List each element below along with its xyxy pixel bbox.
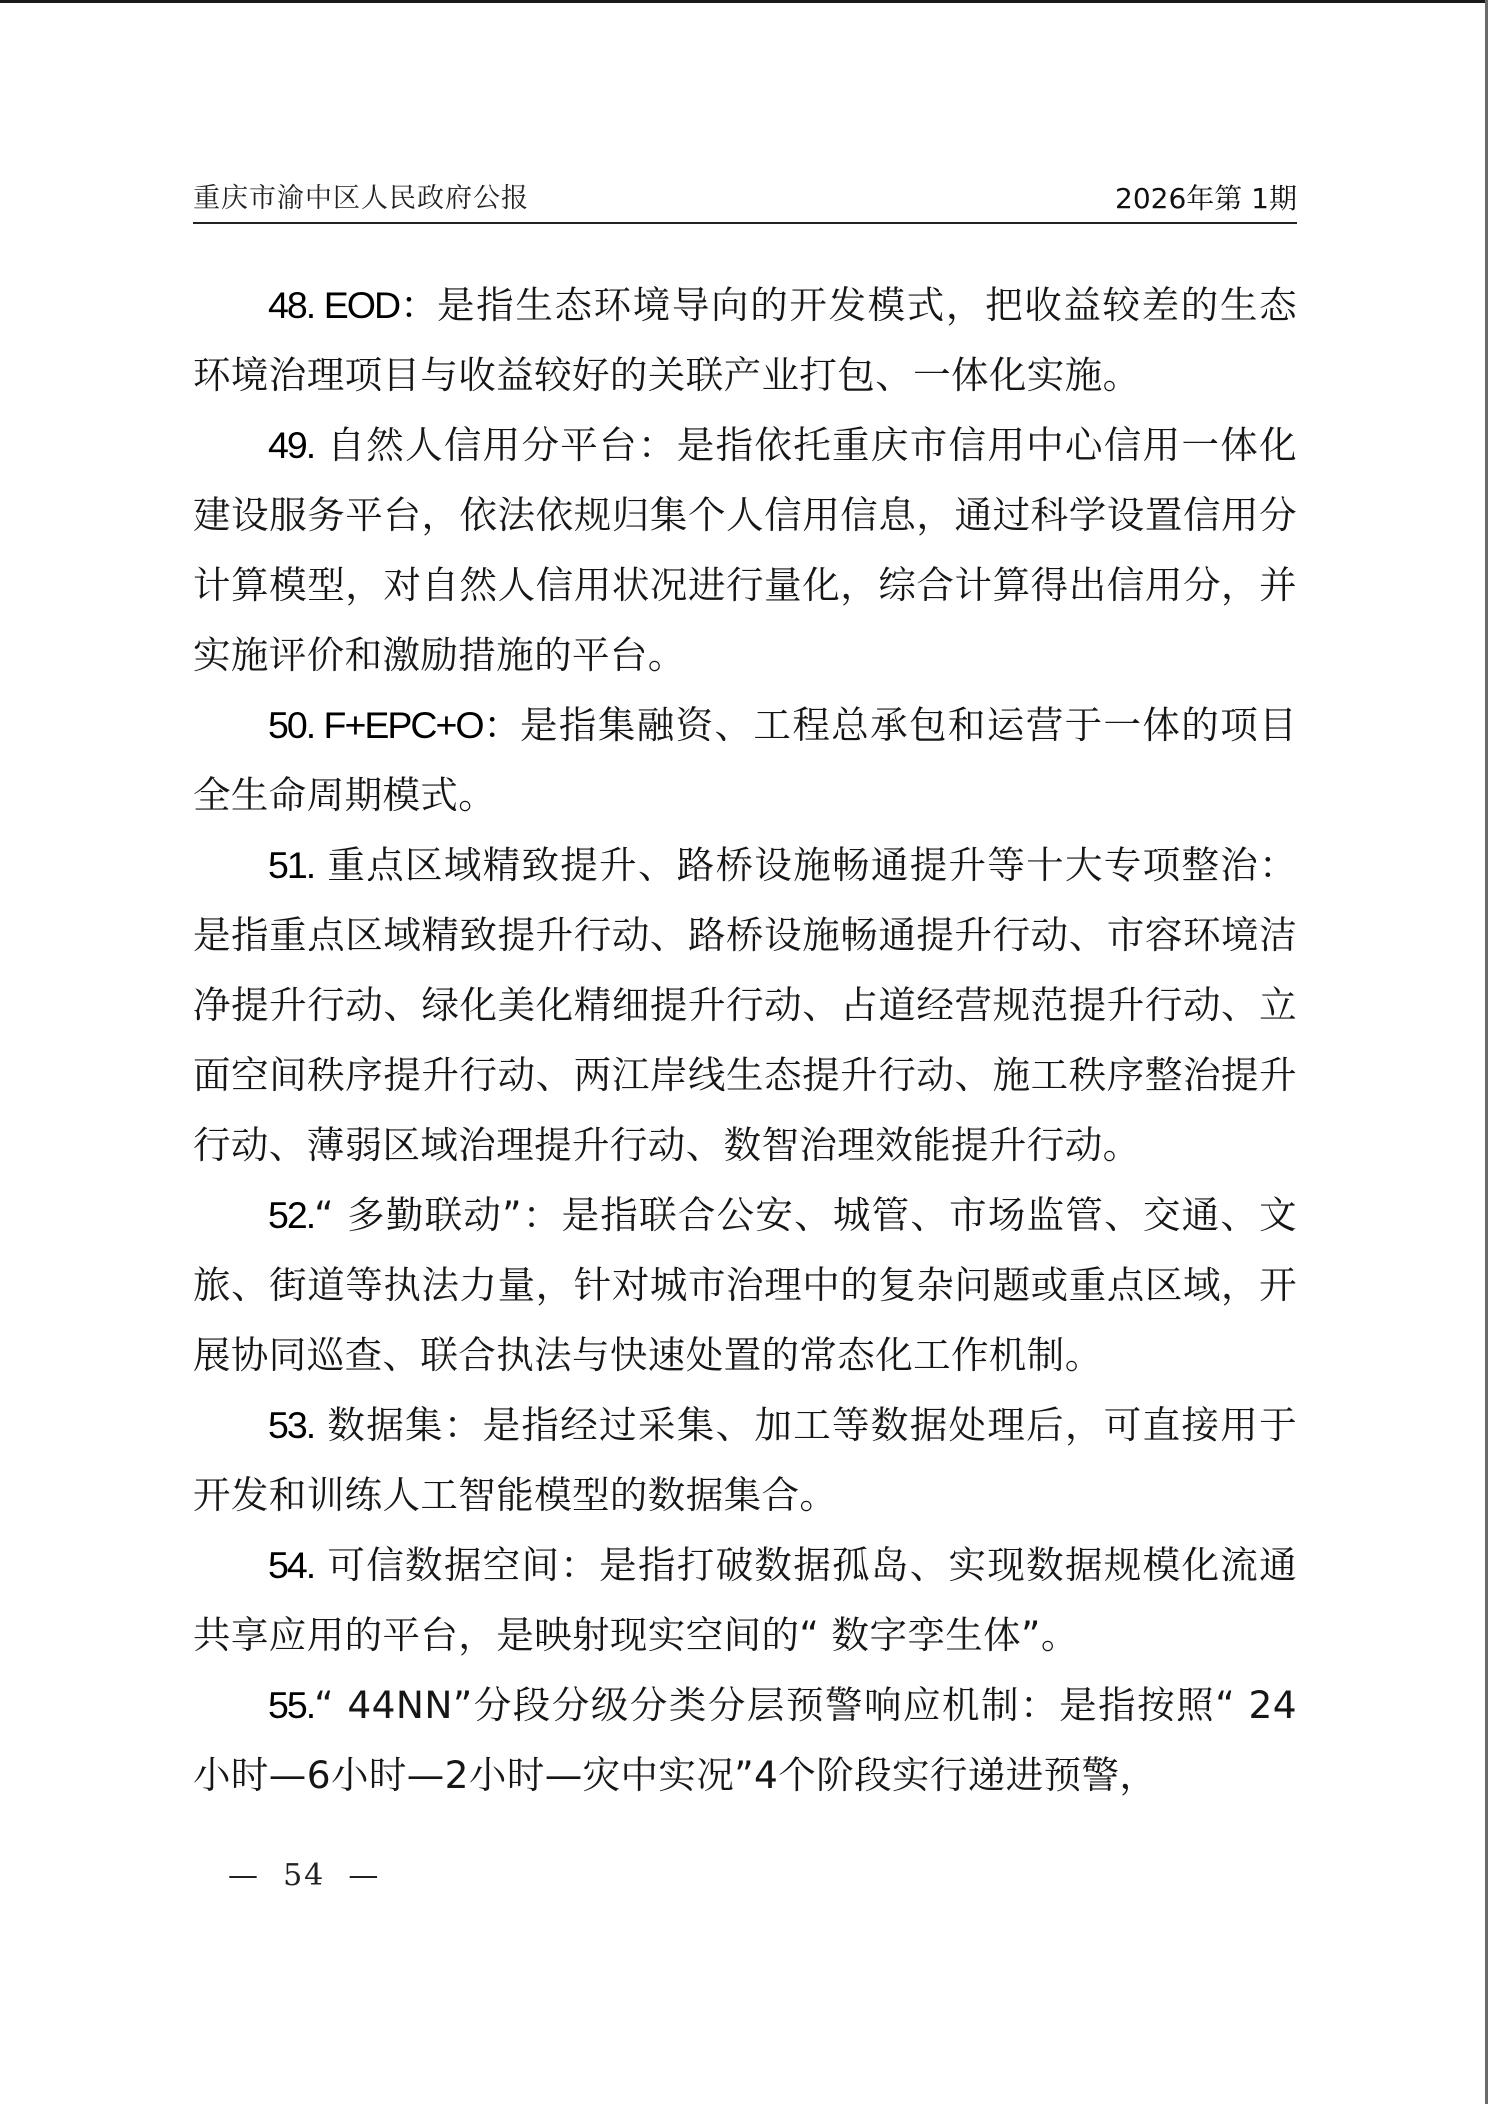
- issue-label: 2026年第 1期: [1115, 182, 1297, 216]
- entry-text: 自然人信用分平台：是指依托重庆市信用中心信用一体化建设服务平台，依法依规归集个人…: [193, 423, 1297, 677]
- page-top-border: [0, 0, 1488, 3]
- glossary-entry-48: 48. EOD：是指生态环境导向的开发模式，把收益较差的生态环境治理项目与收益较…: [193, 270, 1297, 410]
- page-number: — 54 —: [228, 1858, 380, 1893]
- entry-number: 50. F+EPC+O：: [268, 704, 520, 746]
- running-header: 重庆市渝中区人民政府公报 2026年第 1期: [193, 176, 1297, 224]
- entry-number: 52.: [268, 1194, 314, 1236]
- glossary-entry-51: 51. 重点区域精致提升、路桥设施畅通提升等十大专项整治：是指重点区域精致提升行…: [193, 830, 1297, 1180]
- entry-number: 54.: [268, 1544, 314, 1586]
- entry-text: “ 44NN”分段分级分类分层预警响应机制：是指按照“ 24小时—6小时—2小时…: [193, 1683, 1297, 1797]
- entry-text: 可信数据空间：是指打破数据孤岛、实现数据规模化流通共享应用的平台，是映射现实空间…: [193, 1543, 1297, 1657]
- glossary-body: 48. EOD：是指生态环境导向的开发模式，把收益较差的生态环境治理项目与收益较…: [193, 270, 1297, 1810]
- entry-number: 49.: [268, 424, 314, 466]
- entry-number: 48. EOD：: [268, 284, 437, 326]
- glossary-entry-55: 55.“ 44NN”分段分级分类分层预警响应机制：是指按照“ 24小时—6小时—…: [193, 1670, 1297, 1810]
- glossary-entry-49: 49. 自然人信用分平台：是指依托重庆市信用中心信用一体化建设服务平台，依法依规…: [193, 410, 1297, 690]
- entry-number: 51.: [268, 844, 314, 886]
- entry-text: 数据集：是指经过采集、加工等数据处理后，可直接用于开发和训练人工智能模型的数据集…: [193, 1403, 1297, 1517]
- glossary-entry-50: 50. F+EPC+O：是指集融资、工程总承包和运营于一体的项目全生命周期模式。: [193, 690, 1297, 830]
- glossary-entry-53: 53. 数据集：是指经过采集、加工等数据处理后，可直接用于开发和训练人工智能模型…: [193, 1390, 1297, 1530]
- glossary-entry-54: 54. 可信数据空间：是指打破数据孤岛、实现数据规模化流通共享应用的平台，是映射…: [193, 1530, 1297, 1670]
- publication-title: 重庆市渝中区人民政府公报: [193, 182, 529, 216]
- entry-text: 重点区域精致提升、路桥设施畅通提升等十大专项整治：是指重点区域精致提升行动、路桥…: [193, 843, 1297, 1167]
- entry-number: 53.: [268, 1404, 314, 1446]
- entry-text: “ 多勤联动”：是指联合公安、城管、市场监管、交通、文旅、街道等执法力量，针对城…: [193, 1193, 1297, 1377]
- entry-number: 55.: [268, 1684, 314, 1726]
- glossary-entry-52: 52.“ 多勤联动”：是指联合公安、城管、市场监管、交通、文旅、街道等执法力量，…: [193, 1180, 1297, 1390]
